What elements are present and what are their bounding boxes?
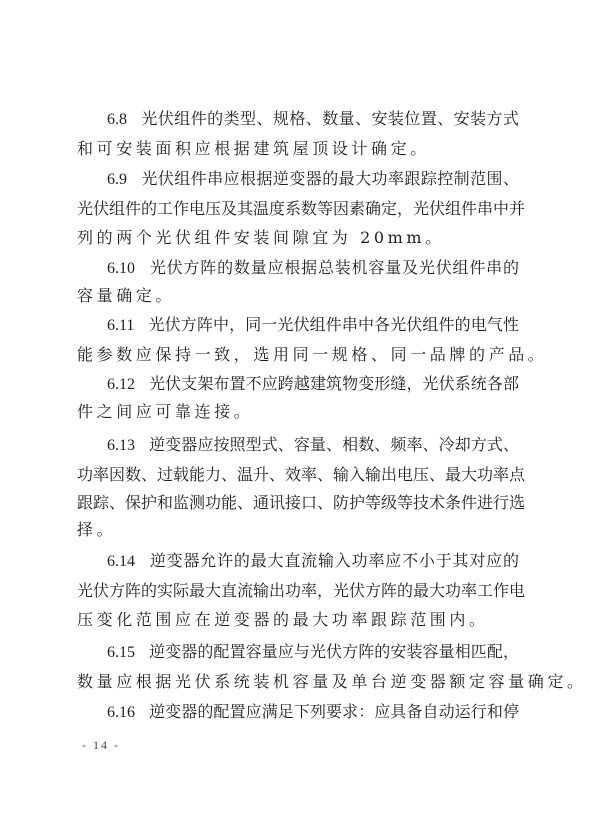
clause-6-8-line-1: 6.8光伏组件的类型、规格、数量、安装位置、安装方式 bbox=[107, 108, 519, 130]
clause-text: 光伏方阵中，同一光伏组件串中各光伏组件的电气性 bbox=[148, 315, 519, 334]
clause-number: 6.8 bbox=[107, 111, 127, 128]
clause-6-14-line-2: 光伏方阵的实际最大直流输出功率，光伏方阵的最大功率工作电 bbox=[77, 580, 519, 602]
clause-6-9-line-2: 光伏组件的工作电压及其温度系数等因素确定，光伏组件串中并 bbox=[77, 198, 519, 220]
clause-6-9-line-3: 列的两个光伏组件安装间隙宜为 20mm。 bbox=[77, 227, 519, 249]
clause-6-14-line-1: 6.14逆变器允许的最大直流输入功率应不小于其对应的 bbox=[107, 550, 519, 572]
clause-number: 6.10 bbox=[107, 260, 135, 277]
clause-6-12-line-1: 6.12光伏支架布置不应跨越建筑物变形缝，光伏系统各部 bbox=[107, 373, 519, 395]
clause-number: 6.15 bbox=[107, 644, 135, 661]
clause-6-13-line-3: 跟踪、保护和监测功能、通讯接口、防护等级等技术条件进行选 bbox=[77, 492, 519, 514]
clause-text: 光伏组件串应根据逆变器的最大功率跟踪控制范围、 bbox=[141, 169, 519, 188]
clause-number: 6.16 bbox=[107, 704, 135, 721]
clause-6-13-line-4: 择。 bbox=[77, 519, 519, 541]
clause-6-16-line-1: 6.16逆变器的配置应满足下列要求：应具备自动运行和停 bbox=[107, 701, 519, 723]
clause-number: 6.13 bbox=[107, 437, 135, 454]
clause-6-11-line-2: 能参数应保持一致，选用同一规格、同一品牌的产品。 bbox=[77, 344, 519, 366]
clause-6-15-line-2: 数量应根据光伏系统装机容量及单台逆变器额定容量确定。 bbox=[77, 671, 519, 693]
clause-number: 6.14 bbox=[107, 553, 135, 570]
clause-6-9-line-1: 6.9光伏组件串应根据逆变器的最大功率跟踪控制范围、 bbox=[107, 168, 519, 190]
clause-number: 6.9 bbox=[107, 171, 127, 188]
clause-number: 6.11 bbox=[107, 317, 134, 334]
clause-text: 光伏组件的类型、规格、数量、安装位置、安装方式 bbox=[141, 109, 519, 128]
clause-6-8-line-2: 和可安装面积应根据建筑屋顶设计确定。 bbox=[77, 138, 519, 160]
page-number: - 14 - bbox=[82, 738, 120, 753]
clause-6-14-line-3: 压变化范围应在逆变器的最大功率跟踪范围内。 bbox=[77, 609, 519, 631]
clause-6-10-line-2: 容量确定。 bbox=[77, 285, 519, 307]
clause-text: 逆变器的配置应满足下列要求：应具备自动运行和停 bbox=[149, 702, 519, 721]
clause-6-12-line-2: 件之间应可靠连接。 bbox=[77, 401, 519, 423]
clause-6-13-line-2: 功率因数、过载能力、温升、效率、输入输出电压、最大功率点 bbox=[77, 464, 519, 486]
clause-text: 逆变器允许的最大直流输入功率应不小于其对应的 bbox=[149, 551, 519, 570]
clause-text: 光伏支架布置不应跨越建筑物变形缝，光伏系统各部 bbox=[149, 374, 519, 393]
clause-text: 光伏方阵的数量应根据总装机容量及光伏组件串的 bbox=[149, 258, 519, 277]
document-page: 6.8光伏组件的类型、规格、数量、安装位置、安装方式 和可安装面积应根据建筑屋顶… bbox=[0, 0, 590, 834]
clause-text: 逆变器的配置容量应与光伏方阵的安装容量相匹配， bbox=[149, 642, 519, 661]
clause-6-15-line-1: 6.15逆变器的配置容量应与光伏方阵的安装容量相匹配， bbox=[107, 641, 519, 663]
clause-text: 逆变器应按照型式、容量、相数、频率、冷却方式、 bbox=[149, 435, 519, 454]
clause-6-11-line-1: 6.11光伏方阵中，同一光伏组件串中各光伏组件的电气性 bbox=[107, 314, 519, 336]
clause-6-13-line-1: 6.13逆变器应按照型式、容量、相数、频率、冷却方式、 bbox=[107, 434, 519, 456]
clause-6-10-line-1: 6.10光伏方阵的数量应根据总装机容量及光伏组件串的 bbox=[107, 257, 519, 279]
clause-number: 6.12 bbox=[107, 376, 135, 393]
